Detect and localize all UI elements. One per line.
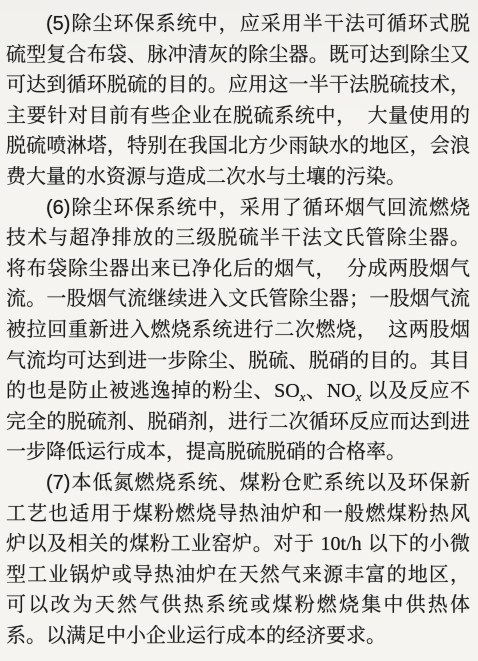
cjk-text-run: 将布袋除尘器出来已净化后的烟气， 分成两股烟气 xyxy=(6,258,470,280)
document-body: (5)除尘环保系统中，应采用半干法可循环式脱硫型复合布袋、脉冲清灰的除尘器。既可… xyxy=(6,9,470,651)
cjk-text-run: 流。一股烟气流继续进入文氏管除尘器；一股烟气流 xyxy=(6,288,470,310)
latin-text-run: NO xyxy=(327,380,356,402)
cjk-text-run: 可达到循环脱硫的目的。应用这一半干法脱硫技术， xyxy=(6,74,470,96)
text-line: 一步降低运行成本，提高脱硫脱硝的合格率。 xyxy=(6,437,470,468)
cjk-text-run: 型工业锅炉或导热油炉在天然气来源丰富的地区， xyxy=(6,564,470,586)
text-line: 脱硫喷淋塔，特别在我国北方少雨缺水的地区，会浪 xyxy=(6,131,470,162)
text-line: 炉以及相关的煤粉工业窑炉。对于 10t/h 以下的小微 xyxy=(6,529,470,560)
cjk-text-run: (7)本低氮燃烧系统、煤粉仓贮系统以及环保新 xyxy=(46,472,470,494)
text-line: 系。以满足中小企业运行成本的经济要求。 xyxy=(6,621,470,652)
text-line: 技术与超净排放的三级脱硫半干法文氏管除尘器。 xyxy=(6,223,470,254)
cjk-text-run: 脱硫喷淋塔，特别在我国北方少雨缺水的地区，会浪 xyxy=(6,135,470,157)
cjk-text-run: 费大量的水资源与造成二次水与土壤的污染。 xyxy=(6,166,406,188)
text-line: 型工业锅炉或导热油炉在天然气来源丰富的地区， xyxy=(6,560,470,591)
cjk-text-run: 以下的小微 xyxy=(362,533,470,555)
text-line: 将布袋除尘器出来已净化后的烟气， 分成两股烟气 xyxy=(6,254,470,285)
cjk-text-run: 、 xyxy=(305,380,326,402)
cjk-text-run: 技术与超净排放的三级脱硫半干法文氏管除尘器。 xyxy=(6,227,470,249)
text-line: 的也是防止被逃逸掉的粉尘、SOx、NOx 以及反应不 xyxy=(6,376,470,407)
cjk-text-run: 炉以及相关的煤粉工业窑炉。对于 xyxy=(6,533,321,555)
cjk-text-run: 气流均可达到进一步除尘、脱硫、脱硝的目的。其目 xyxy=(6,350,470,372)
text-line: 硫型复合布袋、脉冲清灰的除尘器。既可达到除尘又 xyxy=(6,40,470,71)
text-line: 可以改为天然气供热系统或煤粉燃烧集中供热体 xyxy=(6,590,470,621)
cjk-text-run: (6)除尘环保系统中，采用了循环烟气回流燃烧 xyxy=(46,197,470,219)
text-line: 流。一股烟气流继续进入文氏管除尘器；一股烟气流 xyxy=(6,284,470,315)
cjk-text-run: 系。以满足中小企业运行成本的经济要求。 xyxy=(6,625,386,647)
cjk-text-run: (5)除尘环保系统中，应采用半干法可循环式脱 xyxy=(46,13,470,35)
text-line: 工艺也适用于煤粉燃烧导热油炉和一般燃煤粉热风 xyxy=(6,499,470,530)
text-line: (5)除尘环保系统中，应采用半干法可循环式脱 xyxy=(6,9,470,40)
latin-text-run: SO xyxy=(274,380,300,402)
cjk-text-run: 硫型复合布袋、脉冲清灰的除尘器。既可达到除尘又 xyxy=(6,44,470,66)
text-line: 主要针对目前有些企业在脱硫系统中， 大量使用的 xyxy=(6,101,470,132)
cjk-text-run: 工艺也适用于煤粉燃烧导热油炉和一般燃煤粉热风 xyxy=(6,503,470,525)
paragraph: (7)本低氮燃烧系统、煤粉仓贮系统以及环保新工艺也适用于煤粉燃烧导热油炉和一般燃… xyxy=(6,468,470,652)
text-line: 完全的脱硫剂、脱硝剂，进行二次循环反应而达到进 xyxy=(6,407,470,438)
cjk-text-run: 的也是防止被逃逸掉的粉尘、 xyxy=(6,380,274,402)
cjk-text-run: 一步降低运行成本，提高脱硫脱硝的合格率。 xyxy=(6,441,406,463)
cjk-text-run: 被拉回重新进入燃烧系统进行二次燃烧， 这两股烟 xyxy=(6,319,470,341)
cjk-text-run: 主要针对目前有些企业在脱硫系统中， 大量使用的 xyxy=(6,105,470,127)
cjk-text-run: 完全的脱硫剂、脱硝剂，进行二次循环反应而达到进 xyxy=(6,411,470,433)
text-line: (6)除尘环保系统中，采用了循环烟气回流燃烧 xyxy=(6,193,470,224)
text-line: 气流均可达到进一步除尘、脱硫、脱硝的目的。其目 xyxy=(6,346,470,377)
text-line: 可达到循环脱硫的目的。应用这一半干法脱硫技术， xyxy=(6,70,470,101)
text-line: 费大量的水资源与造成二次水与土壤的污染。 xyxy=(6,162,470,193)
text-line: (7)本低氮燃烧系统、煤粉仓贮系统以及环保新 xyxy=(6,468,470,499)
cjk-text-run: 以及反应不 xyxy=(361,380,470,402)
latin-text-run: 10t/h xyxy=(321,533,362,555)
text-line: 被拉回重新进入燃烧系统进行二次燃烧， 这两股烟 xyxy=(6,315,470,346)
paragraph: (6)除尘环保系统中，采用了循环烟气回流燃烧技术与超净排放的三级脱硫半干法文氏管… xyxy=(6,193,470,468)
cjk-text-run: 可以改为天然气供热系统或煤粉燃烧集中供热体 xyxy=(6,594,470,616)
page: (5)除尘环保系统中，应采用半干法可循环式脱硫型复合布袋、脉冲清灰的除尘器。既可… xyxy=(0,0,478,661)
paragraph: (5)除尘环保系统中，应采用半干法可循环式脱硫型复合布袋、脉冲清灰的除尘器。既可… xyxy=(6,9,470,193)
